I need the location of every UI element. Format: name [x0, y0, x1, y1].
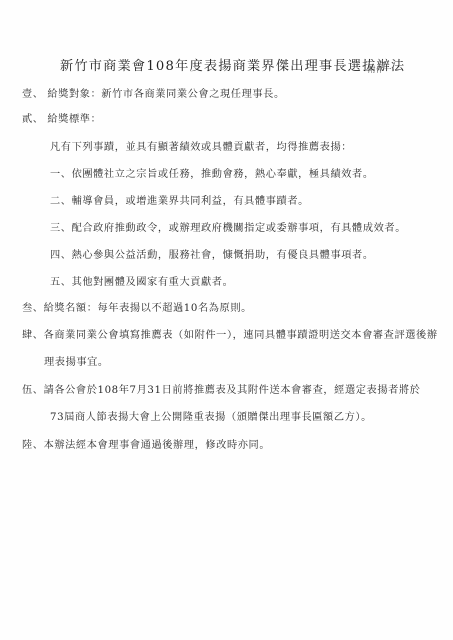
section-2-award-criteria-heading: 貳、 給獎標準：: [22, 113, 101, 127]
document-title: 新竹市商業會108年度表揚商業界傑出理事長選拔辦法: [60, 60, 405, 74]
criteria-item-1: 一、依團體社立之宗旨或任務，推動會務，熱心奉獻，極具績效者。: [50, 168, 374, 182]
document-page: 新竹市商業會108年度表揚商業界傑出理事長選拔辦法 附件一 壹、 給獎對象：新竹…: [0, 0, 453, 640]
attachment-label: 附件一: [368, 63, 392, 77]
criteria-item-4: 四、熱心參與公益活動，服務社會，慷慨捐助，有優良具體事項者。: [50, 249, 374, 263]
criteria-item-2: 二、輔導會員，或增進業界共同利益，有具體事蹟者。: [50, 195, 309, 209]
section-1-award-target: 壹、 給獎對象：新竹市各商業同業公會之現任理事長。: [22, 88, 285, 102]
criteria-item-5: 五、其他對團體及國家有重大貢獻者。: [50, 276, 233, 290]
section-4-nomination: 肆、各商業同業公會填寫推薦表（如附件一），連同具體事蹟證明送交本會審查評選後辦: [22, 329, 438, 343]
section-5-deadline: 伍、請各公會於108年7月31日前將推薦表及其附件送本會審查，經選定表揚者將於: [22, 384, 420, 398]
criteria-item-3: 三、配合政府推動政令，或辦理政府機關指定或委辦事項，有具體成效者。: [50, 222, 406, 236]
section-5-continuation: 73屆商人節表揚大會上公開隆重表揚（頒贈傑出理事長匾額乙方）。: [50, 411, 372, 425]
section-3-award-quota: 叁、給獎名額：每年表揚以不超過10名為原則。: [22, 302, 252, 316]
section-4-continuation: 理表揚事宜。: [44, 356, 109, 370]
section-6-approval: 陸、本辦法經本會理事會通過後辦理，修改時亦同。: [22, 439, 270, 453]
section-2-intro: 凡有下列事蹟，並具有顯著績效或具體貢獻者，均得推薦表揚：: [50, 141, 352, 155]
